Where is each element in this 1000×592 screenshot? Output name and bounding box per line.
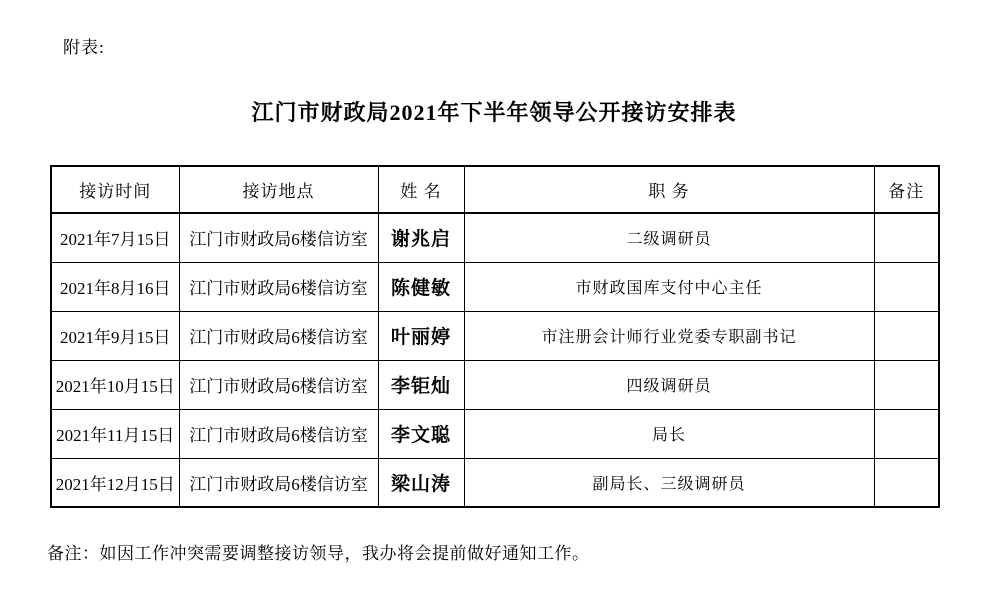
name-cell: 谢兆启 [378, 213, 464, 262]
location-cell: 江门市财政局6楼信访室 [179, 360, 378, 409]
name-cell: 陈健敏 [378, 262, 464, 311]
date-cell: 2021年7月15日 [51, 213, 179, 262]
position-cell: 市注册会计师行业党委专职副书记 [464, 311, 874, 360]
remark-cell [874, 458, 939, 507]
location-cell: 江门市财政局6楼信访室 [179, 409, 378, 458]
table-row: 2021年12月15日 江门市财政局6楼信访室 梁山涛 副局长、三级调研员 [51, 458, 939, 507]
position-cell: 二级调研员 [464, 213, 874, 262]
position-cell: 局长 [464, 409, 874, 458]
table-row: 2021年8月16日 江门市财政局6楼信访室 陈健敏 市财政国库支付中心主任 [51, 262, 939, 311]
remark-cell [874, 262, 939, 311]
remark-cell [874, 409, 939, 458]
footer-note: 备注：如因工作冲突需要调整接访领导，我办将会提前做好通知工作。 [47, 539, 590, 564]
page-title: 江门市财政局2021年下半年领导公开接访安排表 [50, 96, 938, 127]
position-cell: 市财政国库支付中心主任 [464, 262, 874, 311]
table-row: 2021年11月15日 江门市财政局6楼信访室 李文聪 局长 [51, 409, 939, 458]
position-cell: 副局长、三级调研员 [464, 458, 874, 507]
name-cell: 叶丽婷 [378, 311, 464, 360]
table-row: 2021年9月15日 江门市财政局6楼信访室 叶丽婷 市注册会计师行业党委专职副… [51, 311, 939, 360]
table-row: 2021年10月15日 江门市财政局6楼信访室 李钜灿 四级调研员 [51, 360, 939, 409]
remark-cell [874, 213, 939, 262]
name-cell: 李钜灿 [378, 360, 464, 409]
name-cell: 李文聪 [378, 409, 464, 458]
date-cell: 2021年10月15日 [51, 360, 179, 409]
column-header-position: 职 务 [464, 166, 874, 213]
remark-cell [874, 360, 939, 409]
name-cell: 梁山涛 [378, 458, 464, 507]
position-cell: 四级调研员 [464, 360, 874, 409]
location-cell: 江门市财政局6楼信访室 [179, 213, 378, 262]
column-header-name: 姓 名 [378, 166, 464, 213]
column-header-time: 接访时间 [51, 166, 179, 213]
reception-schedule-table: 接访时间 接访地点 姓 名 职 务 备注 2021年7月15日 江门市财政局6楼… [50, 165, 940, 508]
document-page: 附表: 江门市财政局2021年下半年领导公开接访安排表 接访时间 接访地点 姓 … [0, 0, 1000, 592]
table-row: 2021年7月15日 江门市财政局6楼信访室 谢兆启 二级调研员 [51, 213, 939, 262]
date-cell: 2021年11月15日 [51, 409, 179, 458]
date-cell: 2021年8月16日 [51, 262, 179, 311]
column-header-location: 接访地点 [179, 166, 378, 213]
remark-cell [874, 311, 939, 360]
location-cell: 江门市财政局6楼信访室 [179, 311, 378, 360]
location-cell: 江门市财政局6楼信访室 [179, 458, 378, 507]
date-cell: 2021年9月15日 [51, 311, 179, 360]
table-header-row: 接访时间 接访地点 姓 名 职 务 备注 [51, 166, 939, 213]
location-cell: 江门市财政局6楼信访室 [179, 262, 378, 311]
date-cell: 2021年12月15日 [51, 458, 179, 507]
column-header-remark: 备注 [874, 166, 939, 213]
attachment-label: 附表: [63, 33, 105, 58]
